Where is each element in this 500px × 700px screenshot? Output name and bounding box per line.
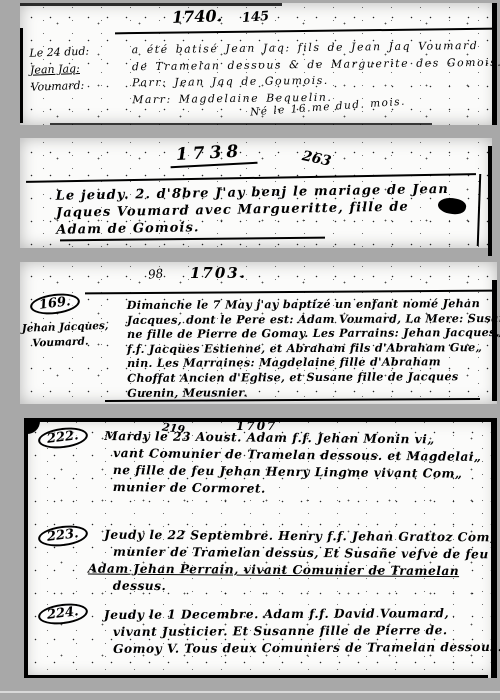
scanned-register-page: { "colors": { "page_bg": "#a8a8a8", "pap… <box>0 0 500 700</box>
entry-number: 169. <box>29 291 81 317</box>
text-line: dessus. <box>104 578 492 598</box>
ruled-line <box>85 290 492 295</box>
year-heading: 1703. <box>190 264 247 282</box>
record-text: Jeudy le 22 Septembre. Henry f.f. Jehan … <box>104 527 492 598</box>
record-text: Mardy le 23 Aoust. Adam f.f. Jehan Monin… <box>104 428 493 500</box>
page-number: 263 <box>301 148 333 170</box>
text-line: ne fille de Pierre de Gomay. Les Parrain… <box>127 325 493 342</box>
record-panel-marriage-1738: 1738 263 Le jeudy. 2. d'8bre J'ay benj l… <box>20 138 492 248</box>
text-line: Choffat Ancien d'Eglise, et Susane fille… <box>127 369 493 386</box>
text-line: vivant Justicier. Et Susanne fille de Pi… <box>104 622 492 641</box>
left-edge-mark <box>24 418 28 678</box>
record-text: Le jeudy. 2. d'8bre J'ay benj le mariage… <box>56 180 487 238</box>
scan-divider-line <box>0 691 500 693</box>
margin-line: Voumard: <box>30 75 131 95</box>
right-edge-mark <box>492 280 497 401</box>
text-line: Jeudy le 1 Decembre. Adam f.f. David Vou… <box>104 605 492 624</box>
entry-number-badge: 169. <box>30 292 80 314</box>
top-edge-mark <box>24 418 497 422</box>
record-text: Dimanche le 7 May j'ay baptizé un enfant… <box>127 296 494 400</box>
year-heading: 1738 <box>169 141 257 169</box>
right-edge-mark <box>491 418 497 678</box>
text-line: Dimanche le 7 May j'ay baptizé un enfant… <box>127 296 493 313</box>
right-edge-mark <box>488 146 492 256</box>
page-number: 145 <box>242 9 270 26</box>
entry-number-badge: 222. <box>38 426 88 448</box>
record-text: a été batisé Jean Jaq: fils de Jean Jaq … <box>132 38 495 108</box>
left-edge-mark <box>20 28 23 123</box>
entry-number: 222. <box>37 425 89 451</box>
record-panel-baptism-1703: 98 1703. 169. Jehan Jacques, Voumard. Di… <box>20 262 497 404</box>
entry-number: 223. <box>37 523 89 549</box>
bottom-edge-mark <box>24 675 488 678</box>
record-text: Jeudy le 1 Decembre. Adam f.f. David Vou… <box>104 605 492 658</box>
margin-line: Voumard. <box>22 333 126 352</box>
year-heading: 1740. <box>172 6 223 27</box>
entry-number-badge: 223. <box>38 524 88 546</box>
margin-note: Jehan Jacques, Voumard. <box>22 318 127 352</box>
entry-number: 224. <box>37 601 89 627</box>
top-edge-mark <box>20 3 282 6</box>
entry-number-badge: 224. <box>38 602 88 624</box>
record-panel-baptism-1740: 1740. 145 Le 24 dud: Jean Jaq: Voumard: … <box>20 3 497 125</box>
right-edge-mark <box>492 3 497 125</box>
record-panel-marriages-1707: 219 1707 222. Mardy le 23 Aoust. Adam f.… <box>24 418 497 678</box>
ruled-line <box>115 28 495 35</box>
bottom-edge-mark <box>50 123 432 125</box>
margin-note: Le 24 dud: Jean Jaq: Voumard: <box>29 41 131 95</box>
text-line: Gomoy V. Tous deux Comuniers de Tramelan… <box>104 639 492 658</box>
page-number: 98 <box>147 266 164 282</box>
